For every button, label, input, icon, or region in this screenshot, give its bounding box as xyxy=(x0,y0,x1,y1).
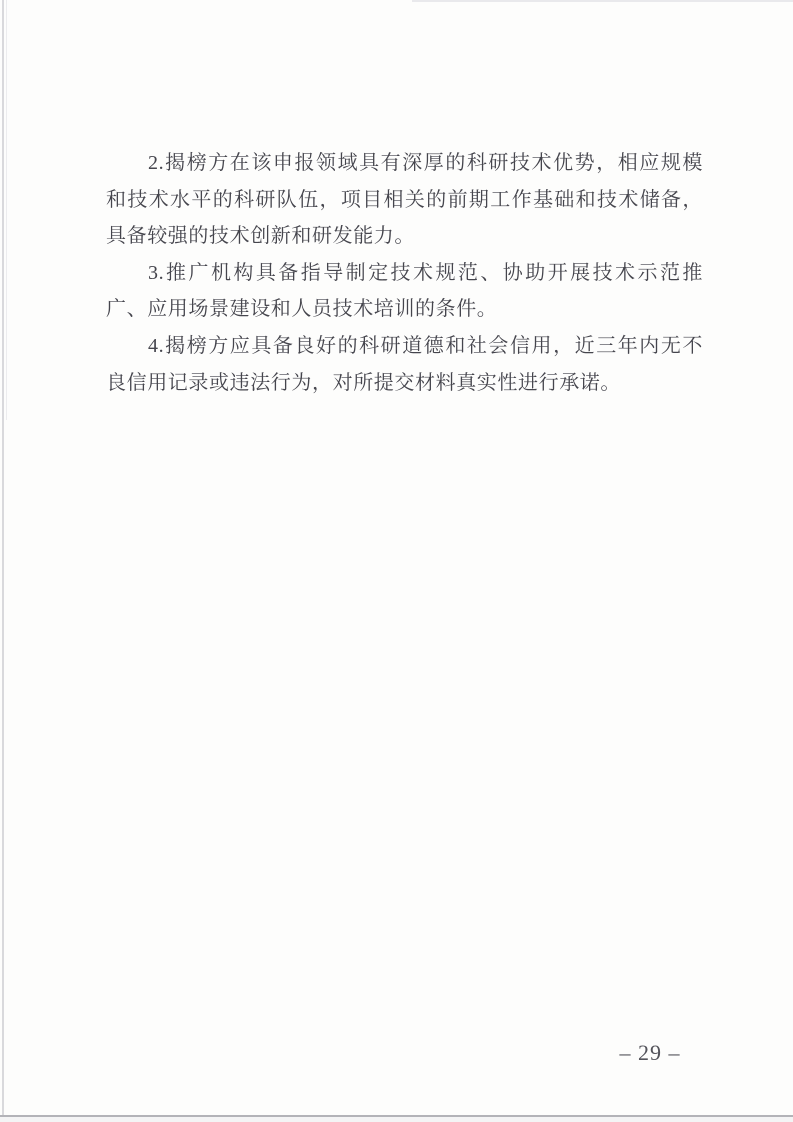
document-text: 2.揭榜方在该申报领域具有深厚的科研技术优势，相应规模和技术水平的科研队伍，项目… xyxy=(106,145,703,401)
text-line: 和技术水平的科研队伍，项目相关的前期工作基础和技术储备， xyxy=(106,182,703,219)
paragraph: 2.揭榜方在该申报领域具有深厚的科研技术优势，相应规模和技术水平的科研队伍，项目… xyxy=(106,145,703,255)
text-line: 具备较强的技术创新和研发能力。 xyxy=(106,218,703,255)
text-line: 良信用记录或违法行为，对所提交材料真实性进行承诺。 xyxy=(106,365,703,402)
scan-edge-bottom-margin xyxy=(0,1117,793,1122)
page-number: – 29 – xyxy=(560,1040,740,1066)
page-background: 2.揭榜方在该申报领域具有深厚的科研技术优势，相应规模和技术水平的科研队伍，项目… xyxy=(0,0,793,1122)
text-line: 2.揭榜方在该申报领域具有深厚的科研技术优势，相应规模 xyxy=(106,145,703,182)
scan-edge-left-faint xyxy=(6,0,7,420)
scan-edge-left xyxy=(2,0,4,1122)
paragraph: 3.推广机构具备指导制定技术规范、协助开展技术示范推广、应用场景建设和人员技术培… xyxy=(106,255,703,328)
text-line: 4.揭榜方应具备良好的科研道德和社会信用，近三年内无不 xyxy=(106,328,703,365)
text-line: 广、应用场景建设和人员技术培训的条件。 xyxy=(106,291,703,328)
scan-edge-top xyxy=(412,0,793,2)
scanned-document-page: { "document": { "paragraphs": [ { "lines… xyxy=(0,0,793,1122)
paragraph: 4.揭榜方应具备良好的科研道德和社会信用，近三年内无不良信用记录或违法行为，对所… xyxy=(106,328,703,401)
text-line: 3.推广机构具备指导制定技术规范、协助开展技术示范推 xyxy=(106,255,703,292)
